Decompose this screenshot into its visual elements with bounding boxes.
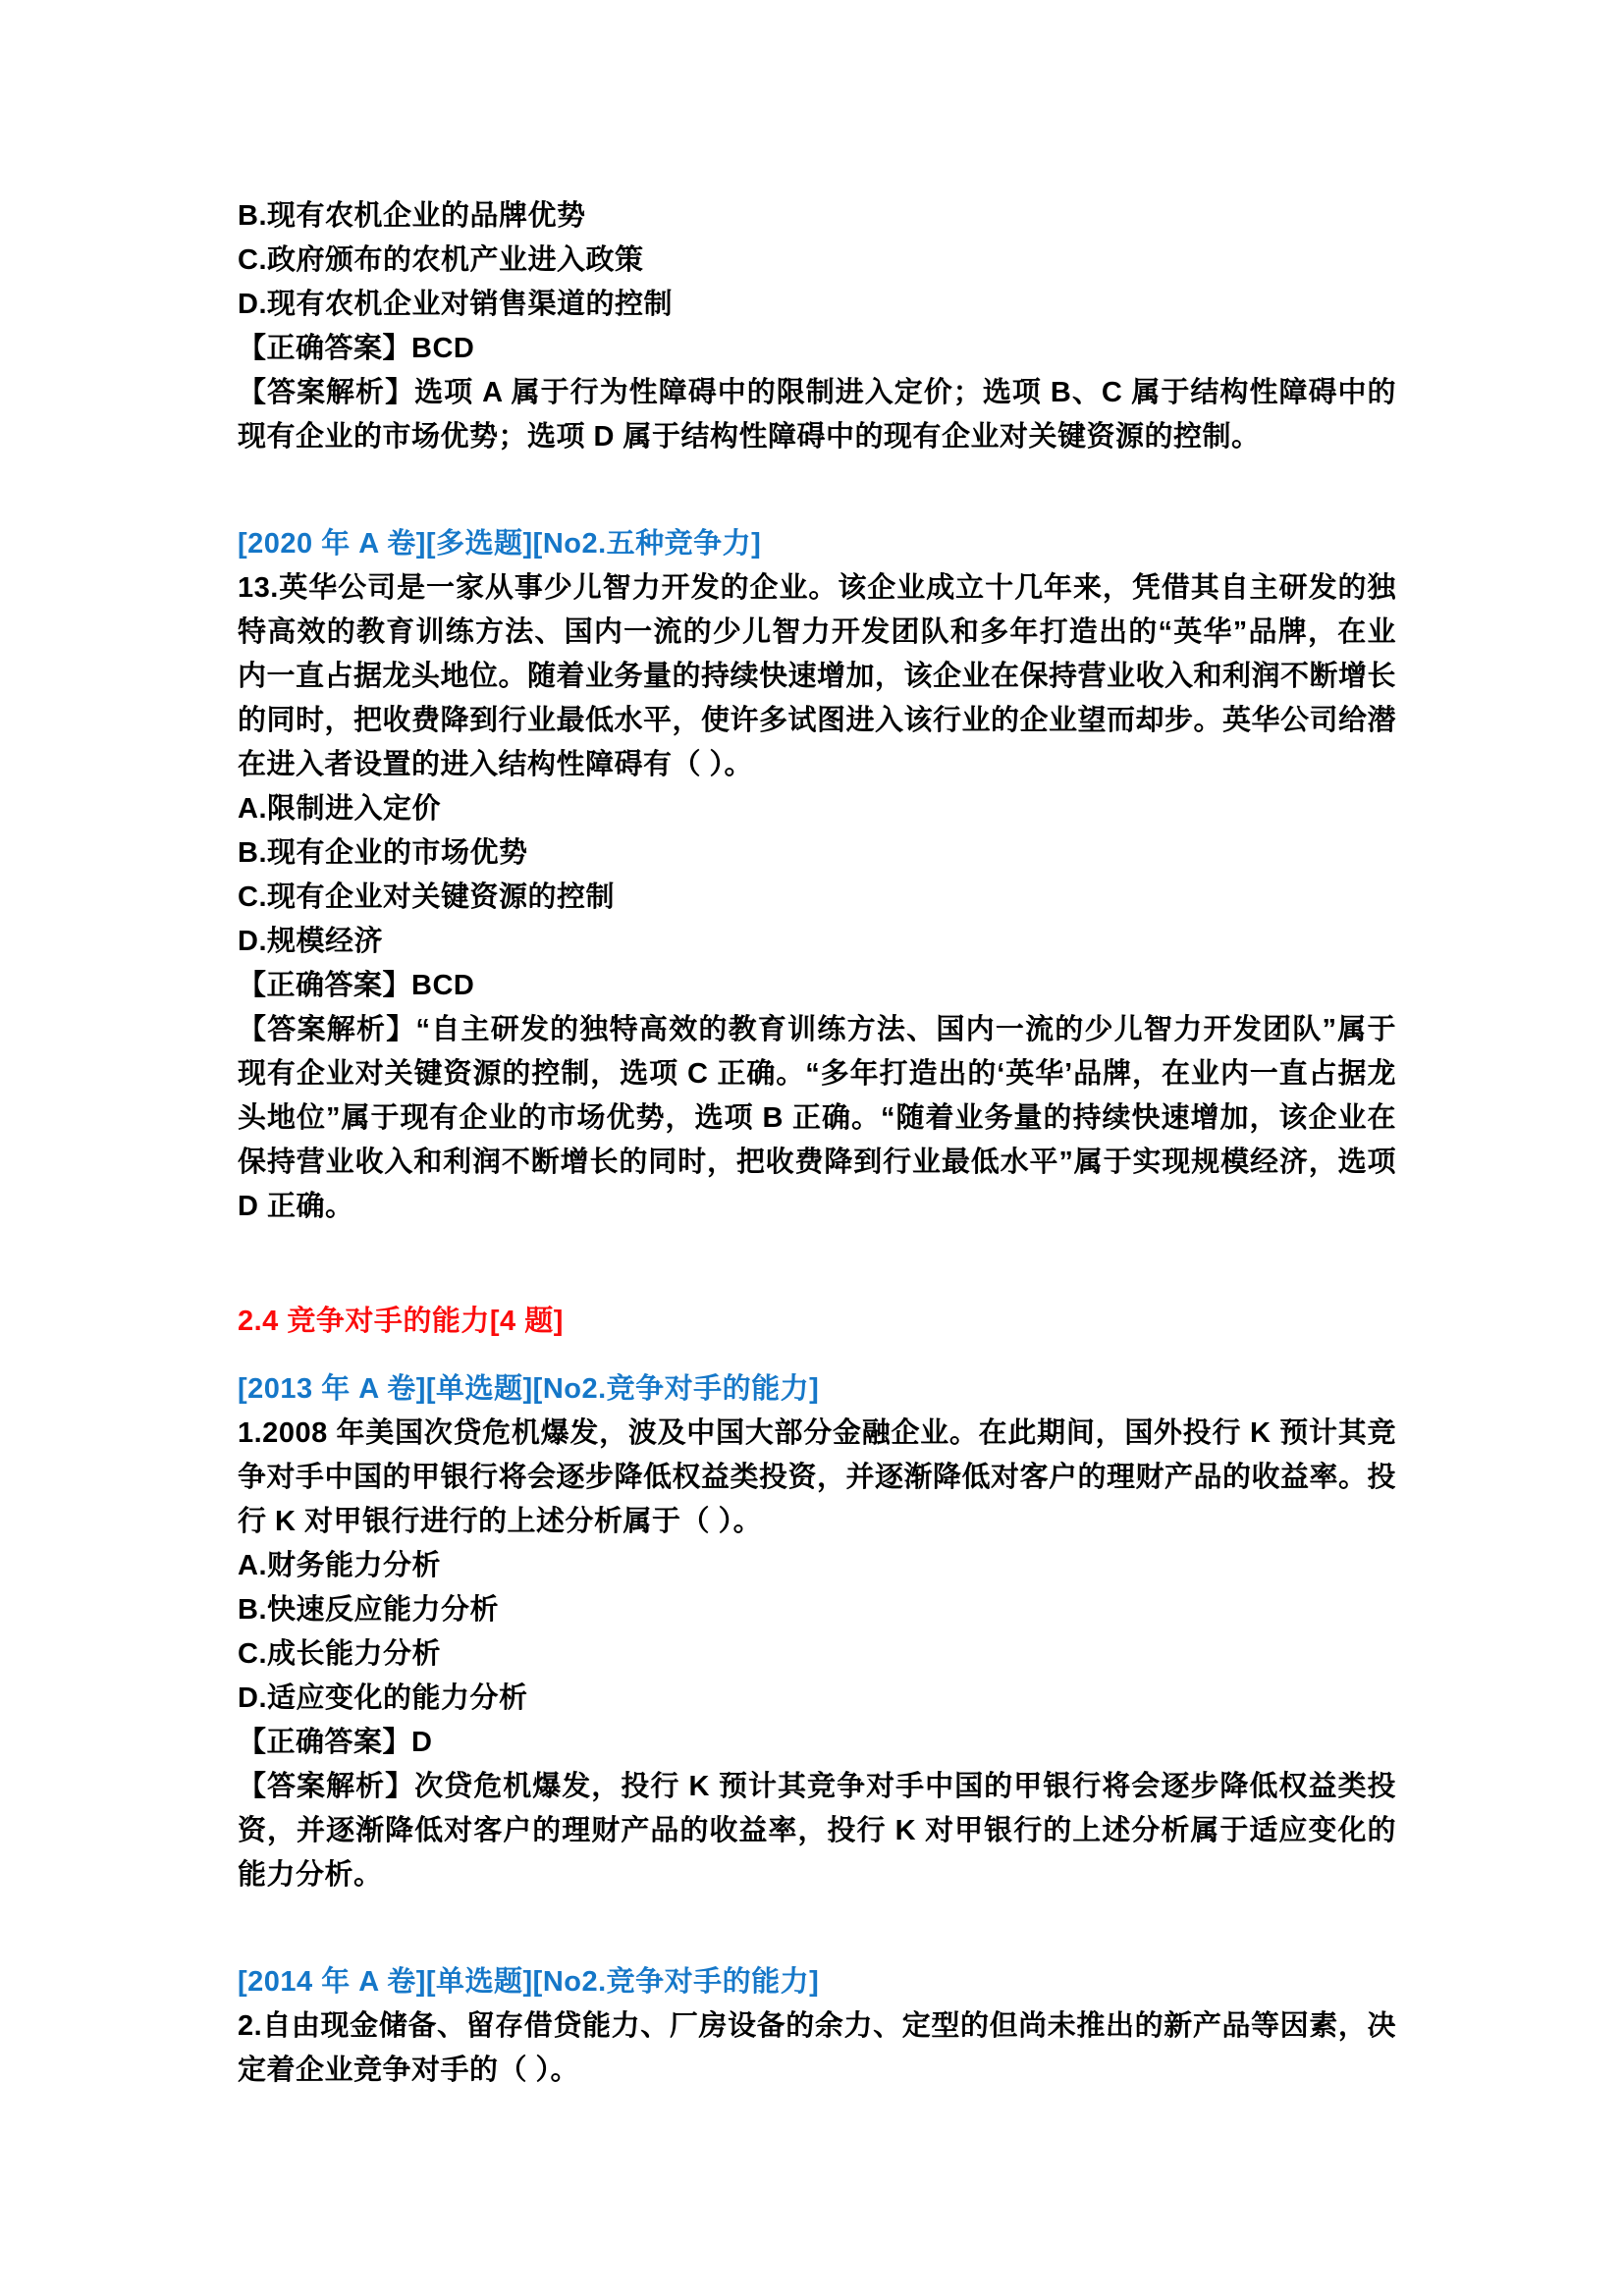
exam-tag-header: [2014 年 A 卷][单选题][No2.竞争对手的能力] (238, 1960, 1396, 2004)
correct-answer: 【正确答案】D (238, 1721, 1396, 1765)
question-text: 1.2008 年美国次贷危机爆发，波及中国大部分金融企业。在此期间，国外投行 K… (238, 1412, 1396, 1544)
answer-option: C.政府颁布的农机产业进入政策 (238, 239, 1396, 283)
correct-answer: 【正确答案】BCD (238, 327, 1396, 371)
answer-option: B.现有农机企业的品牌优势 (238, 194, 1396, 239)
answer-option: A.财务能力分析 (238, 1544, 1396, 1588)
document-content: B.现有农机企业的品牌优势 C.政府颁布的农机产业进入政策 D.现有农机企业对销… (238, 194, 1396, 2093)
exam-tag-header: [2020 年 A 卷][多选题][No2.五种竞争力] (238, 522, 1396, 566)
section-title: 2.4 竞争对手的能力[4 题] (238, 1300, 1396, 1344)
answer-option: B.快速反应能力分析 (238, 1588, 1396, 1632)
correct-answer: 【正确答案】BCD (238, 964, 1396, 1008)
answer-option: B.现有企业的市场优势 (238, 831, 1396, 876)
answer-analysis: 【答案解析】选项 A 属于行为性障碍中的限制进入定价；选项 B、C 属于结构性障… (238, 371, 1396, 459)
question-text: 13.英华公司是一家从事少儿智力开发的企业。该企业成立十几年来，凭借其自主研发的… (238, 566, 1396, 787)
answer-option: D.适应变化的能力分析 (238, 1677, 1396, 1721)
answer-analysis: 【答案解析】次贷危机爆发，投行 K 预计其竞争对手中国的甲银行将会逐步降低权益类… (238, 1765, 1396, 1897)
question-text: 2.自由现金储备、留存借贷能力、厂房设备的余力、定型的但尚未推出的新产品等因素，… (238, 2004, 1396, 2093)
answer-option: A.限制进入定价 (238, 787, 1396, 831)
answer-option: D.现有农机企业对销售渠道的控制 (238, 283, 1396, 327)
exam-tag-header: [2013 年 A 卷][单选题][No2.竞争对手的能力] (238, 1367, 1396, 1412)
answer-option: C.成长能力分析 (238, 1632, 1396, 1677)
document-page: B.现有农机企业的品牌优势 C.政府颁布的农机产业进入政策 D.现有农机企业对销… (0, 0, 1624, 2296)
answer-analysis: 【答案解析】“自主研发的独特高效的教育训练方法、国内一流的少儿智力开发团队”属于… (238, 1008, 1396, 1229)
answer-option: D.规模经济 (238, 920, 1396, 964)
answer-option: C.现有企业对关键资源的控制 (238, 876, 1396, 920)
